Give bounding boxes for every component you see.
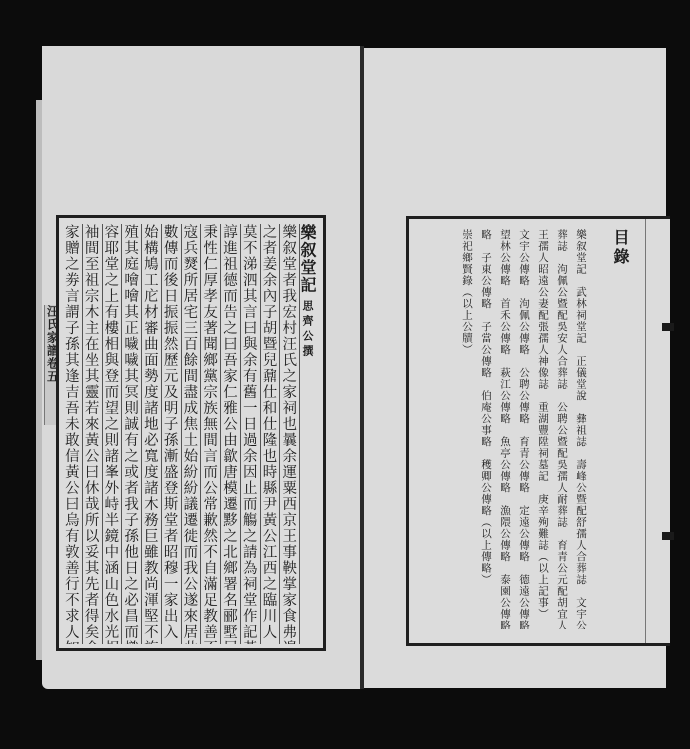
toc-column: 王孺人昭遠公妻配張孺人神像誌 重湖豐陞祠墓記 庚辛殉難誌（以上記事） bbox=[533, 229, 552, 629]
essay-column: 容耶堂之上有樓相與登而望之則諸峯外峙半鏡中涵山色水光相映爽氣拂拂徑襟 bbox=[102, 224, 122, 644]
toc-columns: 目錄 樂叙堂記 武林祠堂記 正儀堂說 彝祖誌 壽峰公暨配舒孺人合葬誌 文宇公暨配… bbox=[419, 229, 642, 633]
essay-column: 諄進祖德而告之曰吾家仁雅公由歙唐模遷黟之北鄉署名郦墅居六世至我彥濟公 bbox=[220, 224, 240, 644]
essay-column: 袖間至祖宗木主在坐其靈若來黃公曰休哉所以妥其先者得矣余曰始卜築時陰陽 bbox=[82, 224, 102, 644]
toc-column: 葬誌 泃佩公暨配吳安人合葬誌 公聘公暨配吳孺人耐葬誌 育青公元配胡宜人暨植遠公妻… bbox=[552, 229, 571, 629]
frame-rule bbox=[645, 219, 646, 643]
essay-column: 始構鳩工庀材審曲面勢度諸地必寬度諸木務巨雖教尚渾堅不施華采而詩所稱殖 bbox=[141, 224, 161, 644]
toc-column: 略 子東公傳略 子當公傳略 伯庵公事略 穫卿公傳略（以上傳略） bbox=[476, 229, 495, 629]
essay-title: 樂叙堂記 bbox=[299, 224, 317, 294]
essay-column: 寇兵燹所居宅三百餘間盡成焦土始紛紛議遷徙而我公遂來居此土僅父子數人耳 bbox=[181, 224, 201, 644]
toc-column: 樂叙堂記 武林祠堂記 正儀堂說 彝祖誌 壽峰公暨配舒孺人合葬誌 文宇公暨配葉孺人… bbox=[571, 229, 590, 629]
toc-column: 文宇公傳略 泃佩公傳略 公聘公傳略 育青公傳略 定遠公傳略 德遠公傳略 濟庵公傳… bbox=[514, 229, 533, 629]
page-tab-mark bbox=[662, 323, 674, 331]
essay-column: 之者姜余內子胡暨兒鼐仕和仕隆也時縣尹黃公江西之臨川人 bbox=[260, 224, 280, 644]
essay-frame: 樂叙堂記思齊公撰 樂叙堂者我宏村汪氏之家祠也曩余運粟西京王事鞅掌家食弗遑既歸而堂… bbox=[56, 215, 326, 651]
essay-column: 秉性仁厚孝友著聞鄉黨宗族無間言而公常歉然不自滿足教善不怠宋高宗時遭張 bbox=[200, 224, 220, 644]
book-gutter bbox=[360, 46, 364, 689]
toc-title: 目錄 bbox=[590, 229, 642, 629]
page-tab-mark bbox=[662, 532, 674, 540]
essay-column: 家贈之劵言謂子孫其逢吉吾未敢信黃公曰烏有敦善行不求人知而其後之人不碩 bbox=[63, 224, 82, 644]
toc-column: 崇祀鄉賢錄（以上公牘） bbox=[457, 229, 476, 629]
essay-title-column: 樂叙堂記思齊公撰 bbox=[299, 224, 319, 644]
essay-column: 莫不涕泗其言曰與余有舊一日過余因止而觴之請為祠堂作記黃公曰烏乎記余避席起 bbox=[240, 224, 260, 644]
essay-author: 思齊公撰 bbox=[301, 300, 314, 360]
essay-column: 數傳而後日振振然歷元及明子孫漸盛登斯堂者昭穆一家出入一門也余觀斯堂之 bbox=[161, 224, 181, 644]
toc-frame: 目錄 樂叙堂記 武林祠堂記 正儀堂說 彝祖誌 壽峰公暨配舒孺人合葬誌 文宇公暨配… bbox=[406, 216, 670, 646]
essay-column: 殖其庭噲噲其正噦噦其冥則誠有之或者我子孫他日之必昌而熾不如是不足以有 bbox=[121, 224, 141, 644]
toc-column: 望林公傳略 首禾公傳略 萩江公傳略 魚亭公傳略 漁隈公傳略 泰園公傳略 小米公傳 bbox=[495, 229, 514, 629]
essay-column: 樂叙堂者我宏村汪氏之家祠也曩余運粟西京王事鞅掌家食弗遑既歸而堂適成董 bbox=[279, 224, 299, 644]
essay-columns: 樂叙堂記思齊公撰 樂叙堂者我宏村汪氏之家祠也曩余運粟西京王事鞅掌家食弗遑既歸而堂… bbox=[63, 224, 319, 642]
